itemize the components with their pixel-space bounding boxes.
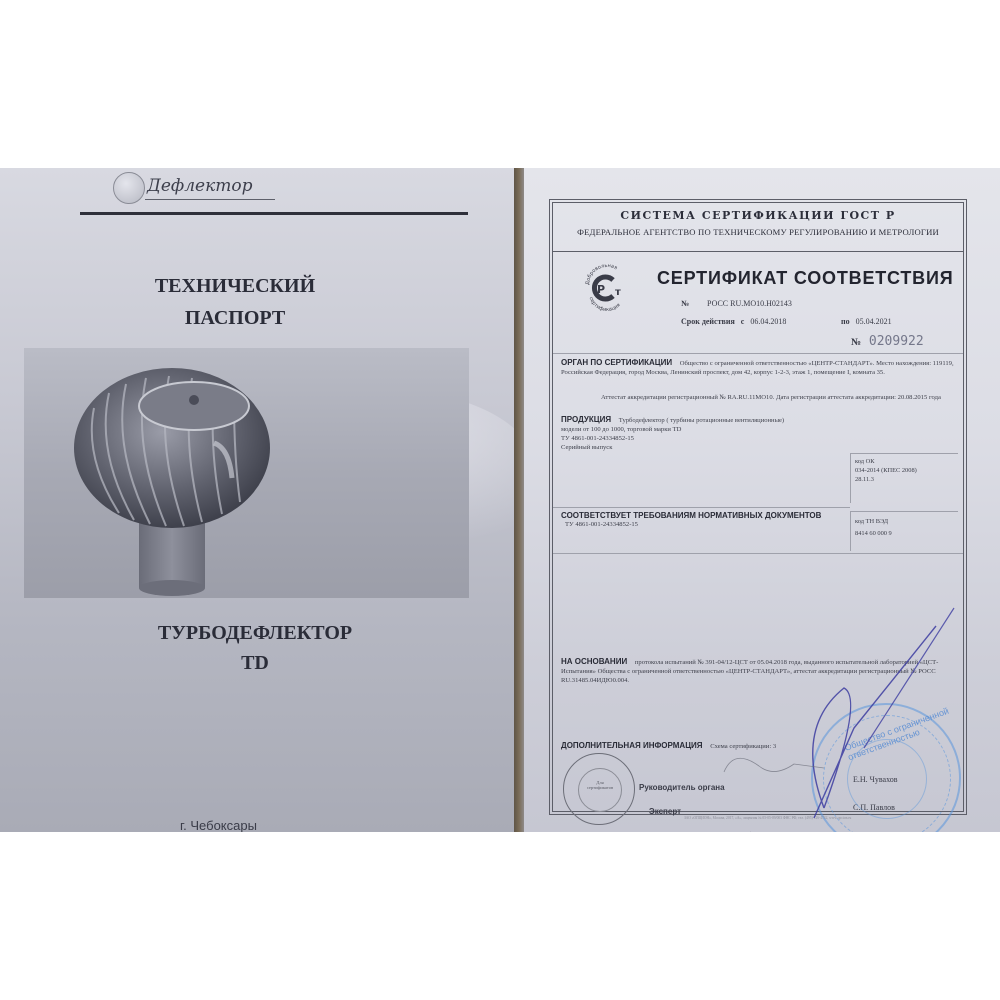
tnved-value: 8414 60 000 9 (855, 528, 958, 540)
technical-passport-page: Дефлектор ТЕХНИЧЕСКИЙ ПАСПОРТ (0, 168, 514, 832)
certification-body-section: ОРГАН ПО СЕРТИФИКАЦИИ Общество с огранич… (561, 358, 956, 377)
system-title: СИСТЕМА СЕРТИФИКАЦИИ ГОСТ Р (553, 209, 963, 222)
certificate-number: № РОСС RU.МО10.Н02143 (681, 299, 792, 308)
additional-info-label: ДОПОЛНИТЕЛЬНАЯ ИНФОРМАЦИЯ (561, 741, 703, 750)
turbine-deflector-image (24, 348, 469, 598)
product-line1: Турбодефлектор ( турбины ротационные вен… (619, 417, 784, 424)
section-divider (553, 353, 963, 354)
passport-title: ТЕХНИЧЕСКИЙ ПАСПОРТ (0, 270, 470, 334)
okp-value1: 034-2014 (КПЕС 2008) (855, 466, 958, 475)
agency-name: ФЕДЕРАЛЬНОЕ АГЕНТСТВО ПО ТЕХНИЧЕСКОМУ РЕ… (553, 227, 963, 237)
rst-icon: Добровольная сертификация P т (583, 263, 631, 311)
okp-label: код ОК (855, 457, 958, 466)
printer-line: ЗАО «ОПЦИОН», Москва, 2017, «А», лицензи… (684, 816, 851, 820)
head-role: Руководитель органа (639, 783, 725, 792)
serial-value: 0209922 (869, 334, 924, 349)
certificate-number-value: РОСС RU.МО10.Н02143 (707, 299, 792, 308)
okp-value2: 28.11.3 (855, 475, 958, 484)
validity-to-label: по (841, 317, 850, 326)
validity-period: Срок действия с 06.04.2018 по 05.04.2021 (681, 317, 961, 326)
header-rule (80, 212, 468, 215)
product-label: ПРОДУКЦИЯ (561, 415, 611, 424)
passport-title-line1: ТЕХНИЧЕСКИЙ (0, 270, 470, 302)
rst-voluntary-certification-logo: Добровольная сертификация P т (583, 263, 631, 311)
validity-label: Срок действия (681, 317, 735, 326)
turbine-icon (24, 348, 469, 598)
certificate-footnote: Сертификат не применяется при обязательн… (623, 830, 844, 832)
accreditation-section: Аттестат аккредитации регистрационный № … (561, 393, 956, 402)
head-signature-row: Руководитель органа (639, 783, 725, 792)
certificate-number-label: № (681, 299, 689, 308)
okp-code-box: код ОК 034-2014 (КПЕС 2008) 28.11.3 (850, 453, 958, 503)
expert-role: Эксперт (649, 807, 681, 816)
document-photo: Дефлектор ТЕХНИЧЕСКИЙ ПАСПОРТ (0, 168, 1000, 832)
basis-label: НА ОСНОВАНИИ (561, 657, 627, 666)
certificate-title: СЕРТИФИКАТ СООТВЕТСТВИЯ (657, 268, 953, 289)
basis-section: НА ОСНОВАНИИ протокола испытаний № 391-0… (561, 657, 956, 685)
passport-title-line2: ПАСПОРТ (0, 302, 470, 334)
certification-body-label: ОРГАН ПО СЕРТИФИКАЦИИ (561, 358, 672, 367)
logo-text: Дефлектор (147, 176, 252, 196)
product-line2: модели от 100 до 1000, торговой марки TD (561, 425, 851, 434)
conformity-doc: ТУ 4861-001-24334852-15 (561, 520, 861, 529)
svg-text:P: P (597, 283, 605, 296)
conformity-label: СООТВЕТСТВУЕТ ТРЕБОВАНИЯМ НОРМАТИВНЫХ ДО… (561, 511, 855, 520)
serial-label: № (851, 337, 861, 348)
conformity-section: СООТВЕТСТВУЕТ ТРЕБОВАНИЯМ НОРМАТИВНЫХ ДО… (561, 511, 861, 529)
validity-from-label: с (741, 317, 745, 326)
product-title: ТУРБОДЕФЛЕКТОР TD (0, 618, 510, 678)
product-title-line2: TD (0, 648, 510, 678)
validity-to: 05.04.2021 (856, 317, 892, 326)
product-line3: ТУ 4861-001-24334852-15 (561, 434, 851, 443)
page-gap (514, 168, 524, 832)
validity-from: 06.04.2018 (750, 317, 786, 326)
validity-to-group: по 05.04.2021 (841, 317, 892, 326)
certification-body-seal: Для сертификатов (563, 753, 635, 825)
globe-icon (113, 172, 145, 204)
accreditation-text: Аттестат аккредитации регистрационный № … (601, 394, 941, 401)
certificate-header: СИСТЕМА СЕРТИФИКАЦИИ ГОСТ Р ФЕДЕРАЛЬНОЕ … (553, 203, 963, 252)
deflector-logo: Дефлектор (105, 172, 275, 208)
certificate-page: СИСТЕМА СЕРТИФИКАЦИИ ГОСТ Р ФЕДЕРАЛЬНОЕ … (524, 168, 1000, 832)
section-divider (553, 507, 850, 508)
svg-text:Добровольная: Добровольная (585, 263, 618, 285)
expert-signature-row: Эксперт (649, 807, 681, 816)
section-divider (553, 553, 963, 554)
city-label: г. Чебоксары (180, 818, 380, 832)
tnved-label: код ТН ВЭД (855, 516, 958, 528)
logo-underline (145, 199, 275, 200)
product-title-line1: ТУРБОДЕФЛЕКТОР (0, 618, 510, 648)
tnved-code-box: код ТН ВЭД 8414 60 000 9 (850, 511, 958, 551)
company-blue-stamp: Общество с ограниченной ответственностью (811, 703, 961, 832)
product-section: ПРОДУКЦИЯ Турбодефлектор ( турбины ротац… (561, 415, 851, 452)
svg-text:т: т (615, 287, 621, 298)
certificate-frame: СИСТЕМА СЕРТИФИКАЦИИ ГОСТ Р ФЕДЕРАЛЬНОЕ … (552, 202, 964, 812)
additional-info-text: Схема сертификации: 3 (710, 743, 776, 750)
blank-serial-number: № 0209922 (851, 334, 924, 349)
product-line4: Серийный выпуск (561, 443, 851, 452)
stamp-text: Общество с ограниченной ответственностью (843, 704, 959, 762)
seal-inner-text: Для сертификатов (586, 780, 614, 790)
